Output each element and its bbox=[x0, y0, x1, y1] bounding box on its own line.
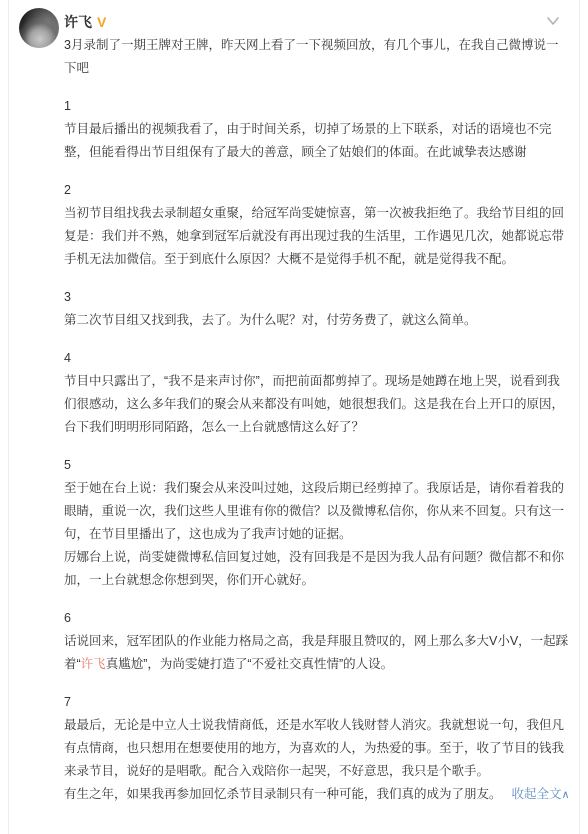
post-section-2: 2当初节目组找我去录制超女重聚，给冠军尚雯婕惊喜，第一次被我拒绝了。我给节目组的… bbox=[64, 179, 570, 271]
section-paragraph: 厉娜台上说，尚雯婕微博私信回复过她，没有回我是不是因为我人品有问题？微信都不和你… bbox=[64, 546, 570, 592]
avatar[interactable] bbox=[19, 8, 59, 48]
collapse-up-arrow-icon: ∧ bbox=[562, 789, 570, 801]
text-run: 当初节目组找我去录制超女重聚，给冠军尚雯婕惊喜，第一次被我拒绝了。我给节目组的回… bbox=[64, 206, 564, 266]
post-sections: 1节目最后播出的视频我看了，由于时间关系，切掉了场景的上下联系，对话的语境也不完… bbox=[64, 95, 570, 783]
section-number: 1 bbox=[64, 95, 570, 118]
text-run: 节目中只露出了，“我不是来声讨你”，而把前面都剪掉了。现场是她蹲在地上哭，说看到… bbox=[64, 374, 564, 434]
collapse-full-text-link[interactable]: 收起全文∧ bbox=[512, 787, 570, 801]
section-paragraph: 第二次节目组又找到我，去了。为什么呢？对，付劳务费了，就这么简单。 bbox=[64, 309, 570, 332]
post-section-4: 4节目中只露出了，“我不是来声讨你”，而把前面都剪掉了。现场是她蹲在地上哭，说看… bbox=[64, 347, 570, 439]
mention-link[interactable]: 许飞 bbox=[81, 657, 106, 671]
post-section-1: 1节目最后播出的视频我看了，由于时间关系，切掉了场景的上下联系，对话的语境也不完… bbox=[64, 95, 570, 164]
section-paragraph: 节目最后播出的视频我看了，由于时间关系，切掉了场景的上下联系，对话的语境也不完整… bbox=[64, 118, 570, 164]
post-closing-row: 有生之年，如果我再参加回忆杀节目录制只有一种可能，我们真的成为了朋友。收起全文∧ bbox=[64, 783, 570, 807]
weibo-post-card: 许飞 V 3月录制了一期王牌对王牌，昨天网上看了一下视频回放，有几个事儿，在我自… bbox=[8, 0, 580, 834]
section-number: 4 bbox=[64, 347, 570, 370]
post-section-3: 3第二次节目组又找到我，去了。为什么呢？对，付劳务费了，就这么简单。 bbox=[64, 286, 570, 332]
text-run: 至于她在台上说：我们聚会从来没叫过她，这段后期已经剪掉了。我原话是，请你看着我的… bbox=[64, 481, 564, 541]
section-paragraph: 至于她在台上说：我们聚会从来没叫过她，这段后期已经剪掉了。我原话是，请你看着我的… bbox=[64, 477, 570, 546]
text-run: 厉娜台上说，尚雯婕微博私信回复过她，没有回我是不是因为我人品有问题？微信都不和你… bbox=[64, 550, 564, 587]
post-header: 许飞 V bbox=[64, 10, 579, 34]
text-run: 最最后，无论是中立人士说我情商低，还是水军收人钱财替人消灾。我就想说一句，我但凡… bbox=[64, 718, 564, 778]
section-paragraph: 最最后，无论是中立人士说我情商低，还是水军收人钱财替人消灾。我就想说一句，我但凡… bbox=[64, 714, 570, 783]
text-run: 第二次节目组又找到我，去了。为什么呢？对，付劳务费了，就这么简单。 bbox=[64, 313, 477, 327]
section-paragraph: 节目中只露出了，“我不是来声讨你”，而把前面都剪掉了。现场是她蹲在地上哭，说看到… bbox=[64, 370, 570, 439]
post-intro: 3月录制了一期王牌对王牌，昨天网上看了一下视频回放，有几个事儿，在我自己微博说一… bbox=[64, 34, 570, 80]
section-number: 3 bbox=[64, 286, 570, 309]
section-number: 5 bbox=[64, 454, 570, 477]
text-run: 节目最后播出的视频我看了，由于时间关系，切掉了场景的上下联系，对话的语境也不完整… bbox=[64, 122, 552, 159]
section-number: 2 bbox=[64, 179, 570, 202]
post-section-5: 5至于她在台上说：我们聚会从来没叫过她，这段后期已经剪掉了。我原话是，请你看着我… bbox=[64, 454, 570, 592]
post-section-7: 7最最后，无论是中立人士说我情商低，还是水军收人钱财替人消灾。我就想说一句，我但… bbox=[64, 691, 570, 783]
verified-badge-icon: V bbox=[97, 15, 106, 29]
chevron-down-icon[interactable] bbox=[545, 14, 561, 26]
collapse-link-label: 收起全文 bbox=[512, 787, 562, 801]
section-number: 7 bbox=[64, 691, 570, 714]
section-number: 6 bbox=[64, 607, 570, 630]
section-paragraph: 话说回来，冠军团队的作业能力格局之高，我是拜服且赞叹的，网上那么多大V小V，一起… bbox=[64, 630, 570, 676]
post-content: 3月录制了一期王牌对王牌，昨天网上看了一下视频回放，有几个事儿，在我自己微博说一… bbox=[64, 34, 570, 807]
text-run: 真尴尬”，为尚雯婕打造了“不爱社交真性情”的人设。 bbox=[106, 657, 394, 671]
post-closing-text: 有生之年，如果我再参加回忆杀节目录制只有一种可能，我们真的成为了朋友。 bbox=[64, 787, 502, 801]
section-paragraph: 当初节目组找我去录制超女重聚，给冠军尚雯婕惊喜，第一次被我拒绝了。我给节目组的回… bbox=[64, 202, 570, 271]
post-section-6: 6话说回来，冠军团队的作业能力格局之高，我是拜服且赞叹的，网上那么多大V小V，一… bbox=[64, 607, 570, 676]
username[interactable]: 许飞 bbox=[64, 12, 92, 32]
